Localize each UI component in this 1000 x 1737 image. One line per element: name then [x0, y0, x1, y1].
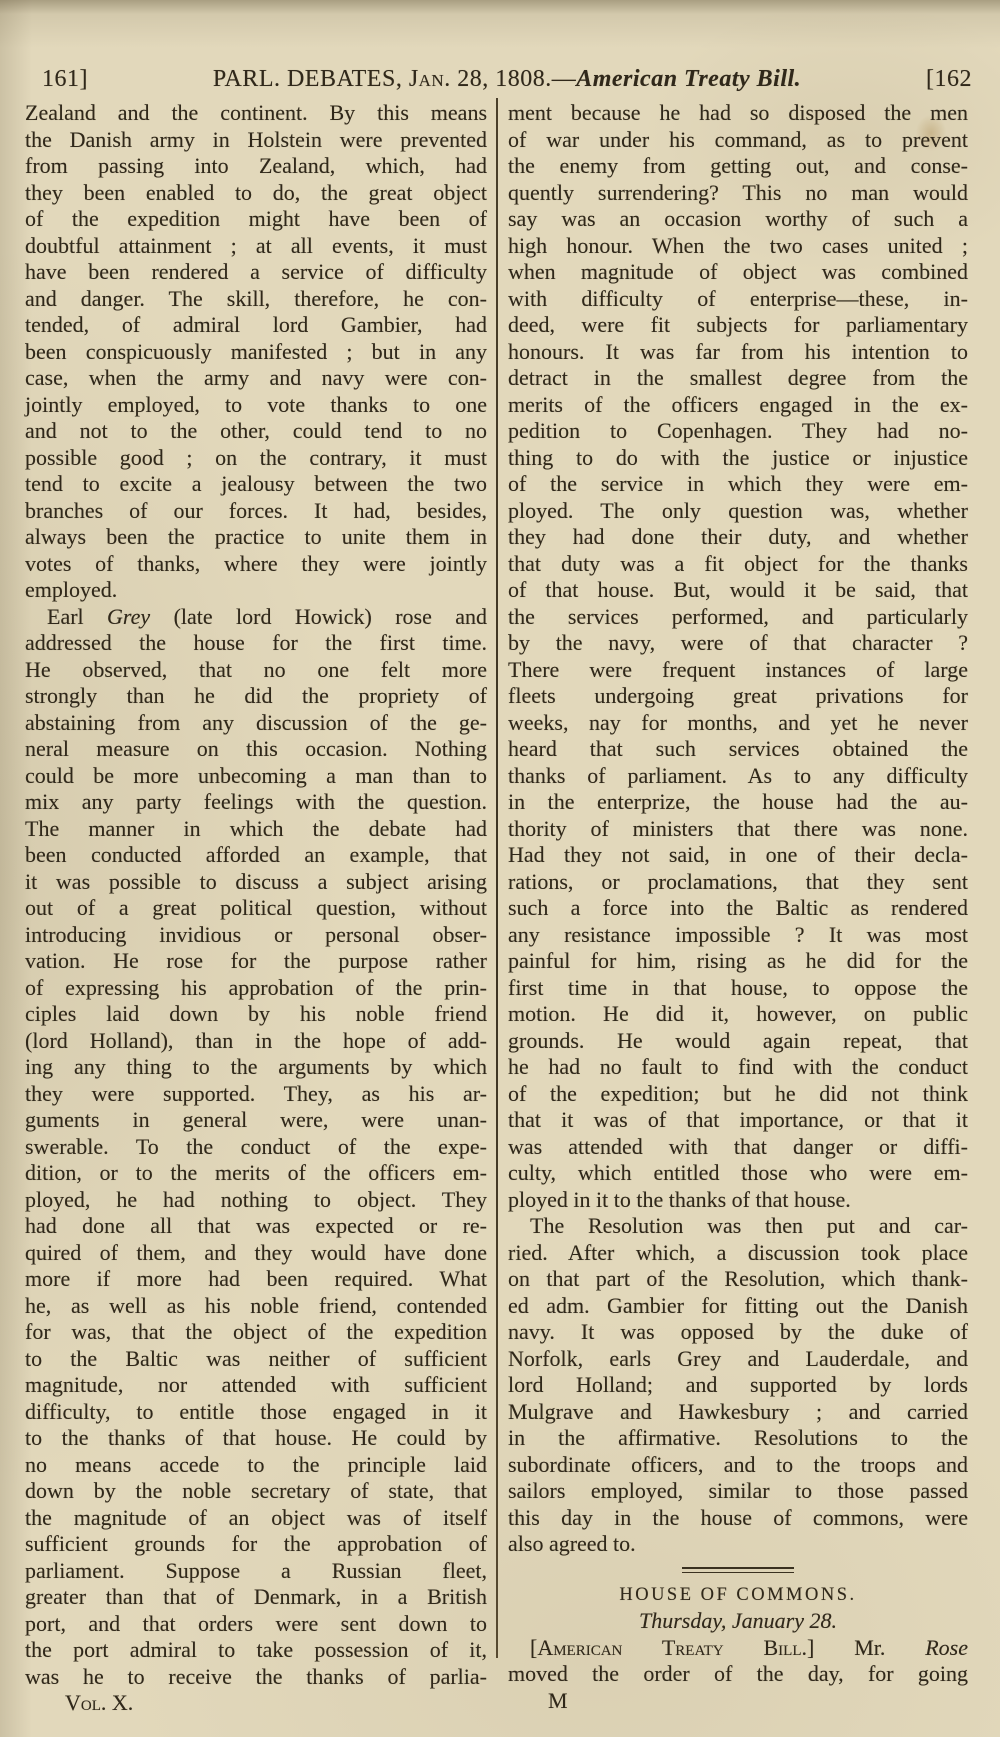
- text-line: ployed in it to the thanks of that house…: [508, 1187, 968, 1214]
- column-divider-rule: [496, 98, 498, 1658]
- text-line: lord Holland; and supported by lords: [508, 1372, 968, 1399]
- text-line: by the navy, were of that character ?: [508, 630, 968, 657]
- text-line: he had no fault to find with the conduct: [508, 1054, 968, 1081]
- text-line: down by the noble secretary of state, th…: [25, 1478, 487, 1505]
- text-line: dition, or to the merits of the officers…: [25, 1160, 487, 1187]
- text-line: tend to excite a jealousy between the tw…: [25, 471, 487, 498]
- text-line: swerable. To the conduct of the expe-: [25, 1134, 487, 1161]
- text-line: sailors employed, similar to those passe…: [508, 1478, 968, 1505]
- text-line: addressed the house for the first time.: [25, 630, 487, 657]
- section-divider-rule: [682, 1567, 794, 1573]
- text-line: moved the order of the day, for going: [508, 1661, 968, 1688]
- text-line: honours. It was far from his intention t…: [508, 339, 968, 366]
- text-line: painful for him, rising as he did for th…: [508, 948, 968, 975]
- text-line: [American Treaty Bill.] Mr. Rose: [508, 1635, 968, 1662]
- text-line: and not to the other, could tend to no: [25, 418, 487, 445]
- text-line: abstaining from any discussion of the ge…: [25, 710, 487, 737]
- text-line: merits of the officers engaged in the ex…: [508, 392, 968, 419]
- text-line: to the Baltic was neither of sufficient: [25, 1346, 487, 1373]
- text-line: was attended with that danger or diffi-: [508, 1134, 968, 1161]
- running-title-bill: American Treaty Bill.: [576, 66, 801, 92]
- text-line: the services performed, and particularly: [508, 604, 968, 631]
- text-line: the magnitude of an object was of itself: [25, 1505, 487, 1532]
- text-line: for was, that the object of the expediti…: [25, 1319, 487, 1346]
- text-line: been conspicuously manifested ; but in a…: [25, 339, 487, 366]
- text-line: rations, or proclamations, that they sen…: [508, 869, 968, 896]
- text-line: There were frequent instances of large: [508, 657, 968, 684]
- right-column: ment because he had so disposed the meno…: [508, 100, 968, 1714]
- text-line: they had done their duty, and whether: [508, 524, 968, 551]
- text-line: this day in the house of commons, were: [508, 1505, 968, 1532]
- text-line: thanks of parliament. As to any difficul…: [508, 763, 968, 790]
- text-line: Mulgrave and Hawkesbury ; and carried: [508, 1399, 968, 1426]
- text-line: that duty was a fit object for the thank…: [508, 551, 968, 578]
- text-line: (lord Holland), than in the hope of add-: [25, 1028, 487, 1055]
- text-line: they been enabled to do, the great objec…: [25, 180, 487, 207]
- text-line: employed.: [25, 577, 487, 604]
- text-line: the enemy from getting out, and conse-: [508, 153, 968, 180]
- text-line: ed adm. Gambier for fitting out the Dani…: [508, 1293, 968, 1320]
- text-line: the Danish army in Holstein were prevent…: [25, 127, 487, 154]
- text-line: always been the practice to unite them i…: [25, 524, 487, 551]
- text-line: possible good ; on the contrary, it must: [25, 445, 487, 472]
- text-line: Vol. X.: [25, 1690, 487, 1717]
- text-line: jointly employed, to vote thanks to one: [25, 392, 487, 419]
- text-line: vation. He rose for the purpose rather: [25, 948, 487, 975]
- text-line: mix any party feelings with the question…: [25, 789, 487, 816]
- text-line: and danger. The skill, therefore, he con…: [25, 286, 487, 313]
- text-line: no means accede to the principle laid: [25, 1452, 487, 1479]
- text-line: when magnitude of object was combined: [508, 259, 968, 286]
- text-line: heard that such services obtained the: [508, 736, 968, 763]
- text-line: strongly than he did the propriety of: [25, 683, 487, 710]
- text-line: had done all that was expected or re-: [25, 1213, 487, 1240]
- text-line: Earl Grey (late lord Howick) rose and: [25, 604, 487, 631]
- text-line: more if more had been required. What: [25, 1266, 487, 1293]
- text-line: case, when the army and navy were con-: [25, 365, 487, 392]
- text-line: HOUSE OF COMMONS.: [508, 1582, 968, 1609]
- text-line: ried. After which, a discussion took pla…: [508, 1240, 968, 1267]
- book-page: 161] PARL. DEBATES, Jan. 28, 1808.—Ameri…: [0, 0, 1000, 1737]
- text-line: could be more unbecoming a man than to: [25, 763, 487, 790]
- running-title: PARL. DEBATES, Jan. 28, 1808.—American T…: [88, 66, 926, 93]
- text-line: of the expedition might have been of: [25, 206, 487, 233]
- text-line: on that part of the Resolution, which th…: [508, 1266, 968, 1293]
- text-line: branches of our forces. It had, besides,: [25, 498, 487, 525]
- text-line: also agreed to.: [508, 1531, 968, 1558]
- text-line: of expressing his approbation of the pri…: [25, 975, 487, 1002]
- text-line: ing any thing to the arguments by which: [25, 1054, 487, 1081]
- text-line: votes of thanks, where they were jointly: [25, 551, 487, 578]
- text-line: The Resolution was then put and car-: [508, 1213, 968, 1240]
- text-line: from passing into Zealand, which, had: [25, 153, 487, 180]
- text-line: say was an occasion worthy of such a: [508, 206, 968, 233]
- text-line: Norfolk, earls Grey and Lauderdale, and: [508, 1346, 968, 1373]
- text-line: sufficient grounds for the approbation o…: [25, 1531, 487, 1558]
- text-line: the port admiral to take possession of i…: [25, 1637, 487, 1664]
- text-line: M: [508, 1688, 968, 1715]
- text-line: culty, which entitled those who were em-: [508, 1160, 968, 1187]
- text-line: quired of them, and they would have done: [25, 1240, 487, 1267]
- text-line: of the expedition; but he did not think: [508, 1081, 968, 1108]
- text-line: difficulty, to entitle those engaged in …: [25, 1399, 487, 1426]
- text-line: parliament. Suppose a Russian fleet,: [25, 1558, 487, 1585]
- text-line: motion. He did it, however, on public: [508, 1001, 968, 1028]
- running-title-caps: PARL. DEBATES,: [213, 66, 402, 92]
- text-line: of the service in which they were em-: [508, 471, 968, 498]
- text-line: weeks, nay for months, and yet he never: [508, 710, 968, 737]
- text-line: subordinate officers, and to the troops …: [508, 1452, 968, 1479]
- text-line: port, and that orders were sent down to: [25, 1611, 487, 1638]
- text-line: of war under his command, as to prevent: [508, 127, 968, 154]
- text-line: neral measure on this occasion. Nothing: [25, 736, 487, 763]
- text-line: navy. It was opposed by the duke of: [508, 1319, 968, 1346]
- text-line: was he to receive the thanks of parlia-: [25, 1664, 487, 1691]
- text-line: detract in the smallest degree from the: [508, 365, 968, 392]
- text-line: doubtful attainment ; at all events, it …: [25, 233, 487, 260]
- page-number-right: [162: [926, 66, 972, 93]
- text-line: Had they not said, in one of their decla…: [508, 842, 968, 869]
- text-line: grounds. He would again repeat, that: [508, 1028, 968, 1055]
- text-line: they were supported. They, as his ar-: [25, 1081, 487, 1108]
- page-number-left: 161]: [42, 66, 88, 93]
- text-line: any resistance impossible ? It was most: [508, 922, 968, 949]
- text-line: in the affirmative. Resolutions to the: [508, 1425, 968, 1452]
- text-line: magnitude, nor attended with sufficient: [25, 1372, 487, 1399]
- text-line: first time in that house, to oppose the: [508, 975, 968, 1002]
- text-line: fleets undergoing great privations for: [508, 683, 968, 710]
- text-line: greater than that of Denmark, in a Briti…: [25, 1584, 487, 1611]
- text-line: pedition to Copenhagen. They had no-: [508, 418, 968, 445]
- text-line: with difficulty of enterprise—these, in-: [508, 286, 968, 313]
- text-line: thority of ministers that there was none…: [508, 816, 968, 843]
- text-line: to the thanks of that house. He could by: [25, 1425, 487, 1452]
- text-line: introducing invidious or personal obser-: [25, 922, 487, 949]
- left-column: Zealand and the continent. By this means…: [25, 100, 487, 1717]
- text-line: thing to do with the justice or injustic…: [508, 445, 968, 472]
- page-header: 161] PARL. DEBATES, Jan. 28, 1808.—Ameri…: [0, 66, 1000, 93]
- text-line: been conducted afforded an example, that: [25, 842, 487, 869]
- text-line: in the enterprize, the house had the au-: [508, 789, 968, 816]
- text-line: ment because he had so disposed the men: [508, 100, 968, 127]
- text-line: ciples laid down by his noble friend: [25, 1001, 487, 1028]
- text-line: guments in general were, were unan-: [25, 1107, 487, 1134]
- text-line: Thursday, January 28.: [508, 1608, 968, 1635]
- text-line: it was possible to discuss a subject ari…: [25, 869, 487, 896]
- running-title-date: 28, 1808.—: [457, 66, 576, 92]
- text-line: have been rendered a service of difficul…: [25, 259, 487, 286]
- text-line: The manner in which the debate had: [25, 816, 487, 843]
- text-line: quently surrendering? This no man would: [508, 180, 968, 207]
- text-line: ployed. The only question was, whether: [508, 498, 968, 525]
- text-line: of that house. But, would it be said, th…: [508, 577, 968, 604]
- text-line: such a force into the Baltic as rendered: [508, 895, 968, 922]
- text-line: tended, of admiral lord Gambier, had: [25, 312, 487, 339]
- text-line: deed, were fit subjects for parliamentar…: [508, 312, 968, 339]
- text-line: out of a great political question, witho…: [25, 895, 487, 922]
- running-title-month: Jan.: [409, 66, 451, 92]
- text-line: He observed, that no one felt more: [25, 657, 487, 684]
- text-line: ployed, he had nothing to object. They: [25, 1187, 487, 1214]
- text-line: that it was of that importance, or that …: [508, 1107, 968, 1134]
- text-line: he, as well as his noble friend, contend…: [25, 1293, 487, 1320]
- text-line: high honour. When the two cases united ;: [508, 233, 968, 260]
- text-line: Zealand and the continent. By this means: [25, 100, 487, 127]
